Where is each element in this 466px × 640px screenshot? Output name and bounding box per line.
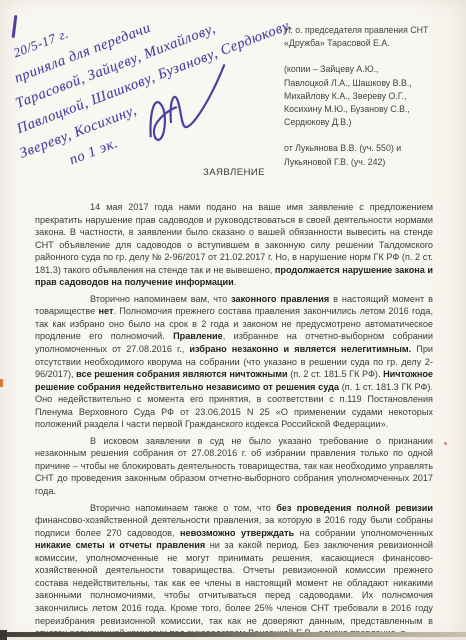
bold-text-run: все решения собрания являются ничтожными: [76, 369, 288, 379]
edge-dot-pink: [444, 442, 447, 445]
copies-line: Михайлову К.А., Звереву О.Г.,: [284, 90, 456, 103]
addressee-block: И. о. председателя правления СНТ «Дружба…: [284, 24, 456, 182]
text-run: на собрании уполномоченных: [294, 528, 433, 538]
document-title: ЗАЯВЛЕНИЕ: [35, 167, 433, 178]
text-run: .: [234, 277, 237, 287]
copies-line: Павлоцкой Л.А., Шашкову В.В.,: [284, 77, 456, 90]
scan-bottom-corner: [0, 630, 7, 640]
bold-text-run: избрано незаконно и является нелегитимны…: [189, 344, 411, 354]
text-run: Вторично напоминаем также о том, что: [90, 503, 276, 513]
addressee-group: И. о. председателя правления СНТ «Дружба…: [284, 24, 456, 50]
paragraph: В исковом заявлении в суд не было указан…: [35, 435, 433, 498]
paragraph: Вторично напоминаем также о том, что без…: [35, 502, 433, 640]
copies-line: Косихину М.Ю., Бузанову С.В.,: [284, 103, 456, 116]
text-run: Вторично напоминаем вам, что: [90, 294, 231, 304]
document-body: 14 мая 2017 года нами подано на ваше имя…: [35, 201, 433, 640]
bold-text-run: без проведения полной ревизии: [276, 503, 433, 513]
text-run: В исковом заявлении в суд не было указан…: [35, 436, 433, 496]
bold-text-run: нет: [99, 306, 114, 316]
pen-tick-mark: [12, 15, 17, 38]
addressee-line: «Дружба» Тарасовой Е.А.: [284, 37, 456, 50]
copies-group: (копии – Зайцеву А.Ю., Павлоцкой Л.А., Ш…: [284, 63, 456, 129]
text-run: (п. 2 ст. 181.5 ГК РФ).: [288, 369, 383, 379]
from-group: от Лукьянова В.В. (уч. 550) и Лукьяновой…: [284, 142, 456, 168]
bold-text-run: Правление: [173, 331, 223, 341]
from-line: от Лукьянова В.В. (уч. 550) и: [284, 142, 456, 155]
edge-mark-orange: [0, 379, 3, 387]
bold-text-run: невозможно утверждать: [180, 528, 294, 538]
bold-text-run: законного правления: [231, 294, 329, 304]
copies-line: Сердюкову Д.В.): [284, 116, 456, 129]
copies-line: (копии – Зайцеву А.Ю.,: [284, 63, 456, 76]
paragraph: Вторично напоминаем вам, что законного п…: [35, 293, 433, 431]
bold-text-run: никакие сметы и отчеты правления: [35, 540, 205, 550]
scanned-document-page: 20/5-17 г. приняла для передачи Тарасово…: [0, 0, 466, 640]
addressee-line: И. о. председателя правления СНТ: [284, 24, 456, 37]
paragraph: 14 мая 2017 года нами подано на ваше имя…: [35, 201, 433, 289]
text-run: ни за какой период. Без заключения ревиз…: [35, 540, 433, 638]
